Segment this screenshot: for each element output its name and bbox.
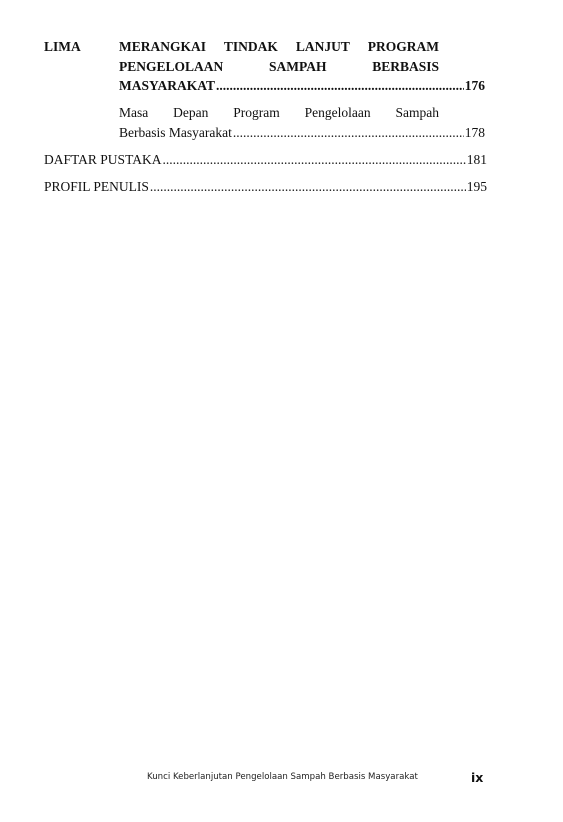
entry-title: DAFTAR PUSTAKA bbox=[44, 150, 161, 170]
entry-page-number: 195 bbox=[467, 177, 487, 197]
chapter-label: LIMA bbox=[44, 37, 81, 57]
dot-leader bbox=[216, 76, 464, 96]
footer-page-number: ix bbox=[471, 770, 483, 785]
entry-page-number: 181 bbox=[467, 150, 487, 170]
section-title-line-2: Berbasis Masyarakat 178 bbox=[119, 123, 485, 143]
chapter-title-end: MASYARAKAT bbox=[119, 76, 215, 96]
toc-entry-daftar-pustaka[interactable]: DAFTAR PUSTAKA 181 bbox=[44, 150, 487, 170]
footer-book-title: Kunci Keberlanjutan Pengelolaan Sampah B… bbox=[147, 772, 418, 782]
toc-entry-profil-penulis[interactable]: PROFIL PENULIS 195 bbox=[44, 177, 487, 197]
toc-chapter-entry[interactable]: MERANGKAI TINDAK LANJUT PROGRAM PENGELOL… bbox=[119, 37, 485, 96]
section-title-line-1: Masa Depan Program Pengelolaan Sampah bbox=[119, 103, 439, 123]
chapter-title-line-2: PENGELOLAAN SAMPAH BERBASIS bbox=[119, 57, 439, 77]
section-page-number: 178 bbox=[465, 123, 485, 143]
toc-section-entry[interactable]: Masa Depan Program Pengelolaan Sampah Be… bbox=[119, 103, 485, 143]
entry-title: PROFIL PENULIS bbox=[44, 177, 149, 197]
section-title-end: Berbasis Masyarakat bbox=[119, 123, 232, 143]
dot-leader bbox=[150, 177, 466, 197]
chapter-page-number: 176 bbox=[465, 76, 485, 96]
chapter-title-line-1: MERANGKAI TINDAK LANJUT PROGRAM bbox=[119, 37, 439, 57]
chapter-title-line-3: MASYARAKAT 176 bbox=[119, 76, 485, 96]
dot-leader bbox=[162, 150, 465, 170]
dot-leader bbox=[233, 123, 464, 143]
